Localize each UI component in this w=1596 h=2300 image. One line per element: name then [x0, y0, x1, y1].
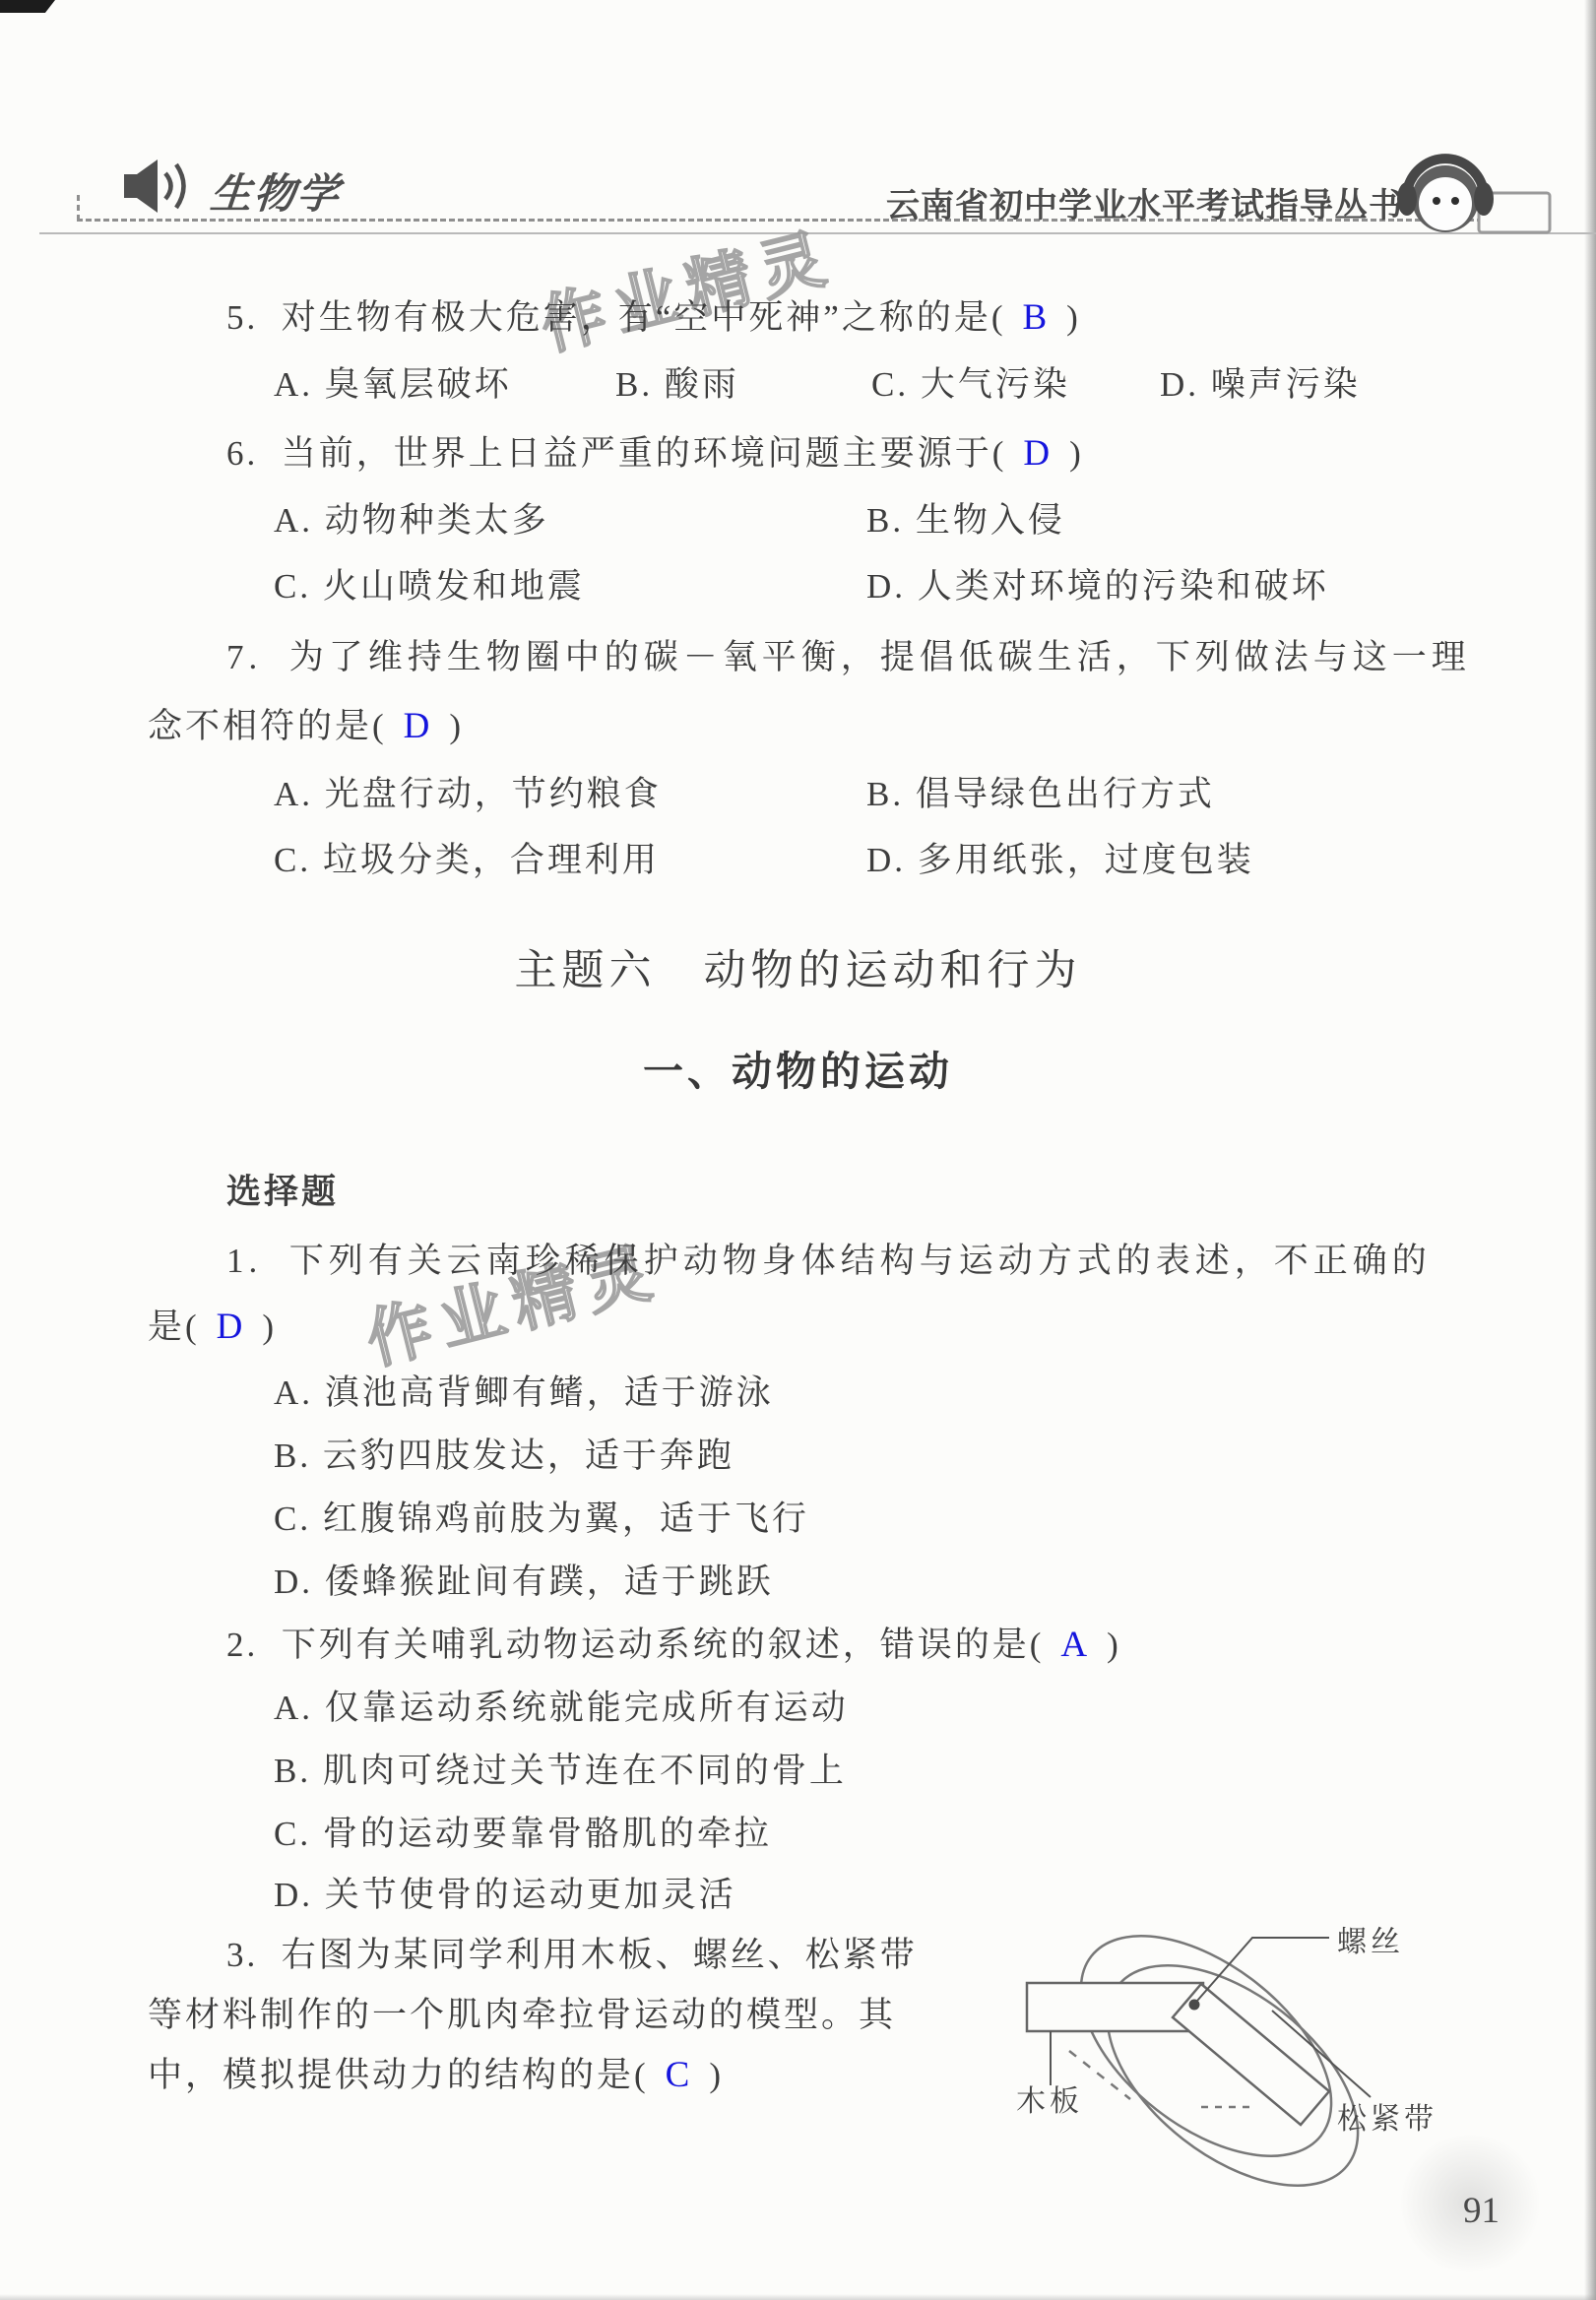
question-2-option-b: B. 肌肉可绕过关节连在不同的骨上	[274, 1744, 847, 1793]
question-1-option-a: A. 滇池高背鲫有鳍，适于游泳	[274, 1366, 774, 1415]
stem-text: 当前，世界上日益严重的环境问题主要源于(	[282, 434, 1007, 473]
stem-text: 下列有关云南珍稀保护动物身体结构与运动方式的表述，不正确的	[289, 1242, 1432, 1280]
question-5-option-c: C. 大气污染	[871, 357, 1070, 407]
stem-text: 下列有关哺乳动物运动系统的叙述，错误的是(	[282, 1626, 1045, 1664]
question-3-line2: 等材料制作的一个肌肉牵拉骨运动的模型。其	[148, 1988, 896, 2037]
answer-blank: B	[1005, 297, 1066, 338]
series-title: 云南省初中学业水平考试指导丛书	[881, 178, 1403, 226]
question-number: 1.	[226, 1242, 262, 1280]
question-2-option-a: A. 仅靠运动系统就能完成所有运动	[274, 1681, 849, 1730]
paren-close: )	[449, 707, 464, 745]
scan-corner-mark	[0, 0, 55, 13]
question-1-option-d: D. 倭蜂猴趾间有蹼，适于跳跃	[274, 1555, 774, 1604]
theme-section-title: 主题六 动物的运动和行为	[0, 937, 1596, 997]
question-number: 3.	[226, 1936, 258, 1974]
subject-logo-text: 生物学	[208, 161, 343, 221]
question-5-stem: 5. 对生物有极大危害，有“空中死神”之称的是(B)	[226, 290, 1081, 340]
headphones-mascot-icon	[1388, 136, 1565, 246]
question-6-stem: 6. 当前，世界上日益严重的环境问题主要源于(D)	[226, 426, 1084, 476]
speaker-icon	[116, 148, 220, 226]
question-7-option-b: B. 倡导绿色出行方式	[866, 767, 1215, 816]
stem-text: 中，模拟提供动力的结构的是(	[148, 2056, 649, 2094]
figure-label-band: 松紧带	[1337, 2103, 1437, 2136]
question-1-stem-line2: 是(D)	[148, 1300, 277, 1349]
question-7-stem-line2: 念不相符的是(D)	[148, 699, 464, 748]
question-7-option-d: D. 多用纸张，过度包装	[866, 833, 1254, 882]
page-bottom-edge-shadow	[0, 2294, 1596, 2300]
question-5-option-d: D. 噪声污染	[1160, 357, 1361, 407]
wood-board-horizontal	[1027, 1983, 1203, 2031]
answer-blank: D	[200, 1307, 263, 1347]
question-6-option-d: D. 人类对环境的污染和破坏	[866, 559, 1329, 608]
question-1-option-c: C. 红腹锦鸡前肢为翼，适于飞行	[274, 1492, 809, 1541]
question-number: 6.	[226, 434, 258, 473]
question-2-stem: 2. 下列有关哺乳动物运动系统的叙述，错误的是(A)	[226, 1618, 1121, 1667]
answer-blank: D	[387, 706, 450, 746]
page-number: 91	[1463, 2190, 1500, 2232]
stem-text: 为了维持生物圈中的碳－氧平衡，提倡低碳生活，下列做法与这一理	[289, 638, 1471, 676]
paren-close: )	[1066, 298, 1081, 337]
question-5-option-b: B. 酸雨	[615, 357, 739, 407]
question-3-line1: 3. 右图为某同学利用木板、螺丝、松紧带	[226, 1928, 918, 1977]
question-7-stem-line1: 7. 为了维持生物圈中的碳－氧平衡，提倡低碳生活，下列做法与这一理	[226, 630, 1471, 679]
stem-text: 是(	[148, 1308, 200, 1346]
question-2-option-d: D. 关节使骨的运动更加灵活	[274, 1868, 736, 1917]
page-right-edge-shadow	[1584, 0, 1596, 2300]
paren-close: )	[1069, 434, 1084, 473]
watermark: 作业精灵	[530, 205, 843, 368]
answer-blank: A	[1044, 1625, 1107, 1665]
subsection-title: 一、动物的运动	[0, 1039, 1596, 1097]
question-7-option-a: A. 光盘行动，节约粮食	[274, 767, 662, 816]
header-dashed-corner	[77, 195, 80, 221]
question-3-line3: 中，模拟提供动力的结构的是(C)	[148, 2048, 724, 2097]
screw-leader-line	[1197, 1938, 1329, 2001]
question-5-option-a: A. 臭氧层破坏	[274, 357, 512, 407]
question-number: 5.	[226, 298, 258, 337]
question-6-option-c: C. 火山喷发和地震	[274, 559, 585, 608]
question-number: 7.	[226, 638, 262, 676]
stem-text: 念不相符的是(	[148, 707, 387, 745]
stem-text: 对生物有极大危害，有“空中死神”之称的是(	[282, 298, 1006, 337]
question-6-option-b: B. 生物入侵	[866, 493, 1065, 543]
paren-close: )	[1107, 1626, 1121, 1664]
stem-text: 右图为某同学利用木板、螺丝、松紧带	[282, 1936, 918, 1974]
question-2-option-c: C. 骨的运动要靠骨骼肌的牵拉	[274, 1807, 772, 1856]
question-number: 2.	[226, 1626, 258, 1664]
answer-blank: D	[1006, 433, 1069, 474]
question-type-label: 选择题	[226, 1165, 339, 1214]
answer-blank: C	[649, 2055, 710, 2095]
paren-close: )	[709, 2056, 724, 2094]
question-6-option-a: A. 动物种类太多	[274, 493, 549, 543]
question-1-stem-line1: 1. 下列有关云南珍稀保护动物身体结构与运动方式的表述，不正确的	[226, 1234, 1432, 1283]
figure-label-screw: 螺丝	[1337, 1926, 1404, 1958]
paren-close: )	[262, 1308, 277, 1346]
question-7-option-c: C. 垃圾分类，合理利用	[274, 833, 660, 882]
question-1-option-b: B. 云豹四肢发达，适于奔跑	[274, 1429, 734, 1478]
figure-label-board: 木板	[1016, 2085, 1083, 2118]
